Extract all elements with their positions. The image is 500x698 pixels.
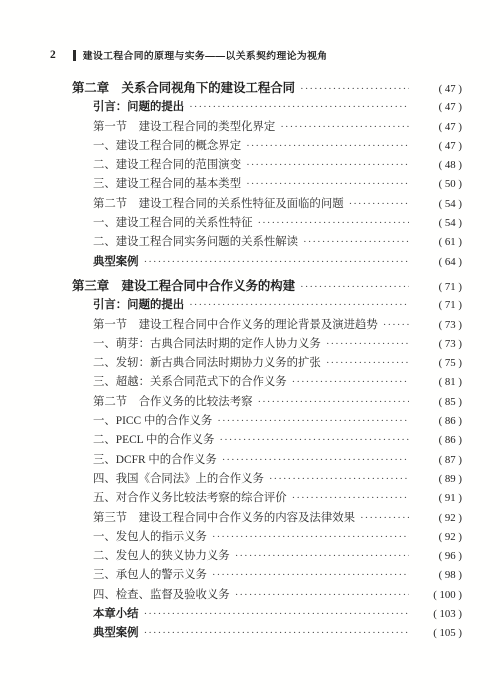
dot-leader: ········································… [246,137,409,156]
toc-entry-title: 第二章 关系合同视角下的建设工程合同 [72,79,295,98]
toc-entry: 本章小结 ···································… [93,605,462,624]
dot-leader: ········································… [235,586,409,605]
toc-entry-title: 引言：问题的提出 [93,296,184,315]
dot-leader: ········································… [383,316,409,335]
toc-entry-page: ( 81 ) [412,373,462,392]
dot-leader: ········································… [280,118,409,137]
dot-leader: ········································… [303,233,409,252]
toc-entry-title: 四、检查、监督及验收义务 [93,586,230,605]
toc-entry-page: ( 48 ) [412,156,462,175]
toc-entry: 三、DCFR 中的合作义务 ··························… [93,451,462,470]
header-page-number: 2 [50,49,56,61]
dot-leader: ········································… [189,98,409,117]
toc-entry-title: 三、承包人的警示义务 [93,566,207,585]
toc-entry: 二、发包人的狭义协力义务 ···························… [93,547,462,566]
toc-entry: 第二节 合作义务的比较法考察 ·························… [93,393,462,412]
dot-leader: ········································… [269,470,409,489]
toc-entry-title: 典型案例 [93,253,139,272]
toc-entry-page: ( 86 ) [412,431,462,450]
toc-entry: 一、萌芽：古典合同法时期的定作人协力义务 ···················… [93,335,462,354]
toc-entry-title: 第二节 建设工程合同的关系性特征及面临的问题 [93,195,344,214]
toc-entry-title: 四、我国《合同法》上的合作义务 [93,470,264,489]
toc-entry-page: ( 85 ) [412,393,462,412]
toc-entry-page: ( 87 ) [412,451,462,470]
toc-entry-page: ( 61 ) [412,233,462,252]
toc-entry-title: 二、建设工程合同的范围演变 [93,156,241,175]
toc-entry-page: ( 105 ) [412,624,462,643]
dot-leader: ········································… [326,335,409,354]
toc-entry: 第二节 建设工程合同的关系性特征及面临的问题 ·················… [93,195,462,214]
running-header: 2 建设工程合同的原理与实务——以关系契约理论为视角 [50,48,462,62]
toc-entry-page: ( 86 ) [412,412,462,431]
dot-leader: ········································… [292,373,409,392]
toc-entry-page: ( 64 ) [412,253,462,272]
dot-leader: ········································… [326,354,409,373]
toc-entry-page: ( 75 ) [412,354,462,373]
toc-entry-page: ( 50 ) [412,175,462,194]
toc-entry-page: ( 71 ) [412,278,462,297]
toc-entry: 第二章 关系合同视角下的建设工程合同 ·····················… [72,79,462,98]
dot-leader: ········································… [246,175,409,194]
toc-entry-title: 典型案例 [93,624,139,643]
dot-leader: ········································… [222,451,409,470]
toc-entry-page: ( 98 ) [412,566,462,585]
toc-entry-page: ( 73 ) [412,335,462,354]
toc-entry: 典型案例 ···································… [93,253,462,272]
toc-entry-title: 引言：问题的提出 [93,98,184,117]
toc-entry: 引言：问题的提出 ·······························… [93,98,462,117]
toc-entry-title: 一、发包人的指示义务 [93,528,207,547]
toc-entry: 三、建设工程合同的基本类型 ··························… [93,175,462,194]
toc-entry-page: ( 71 ) [412,296,462,315]
dot-leader: ········································… [360,509,409,528]
toc-entry: 一、发包人的指示义务 ·····························… [93,528,462,547]
toc-entry-page: ( 54 ) [412,195,462,214]
toc-entry-title: 一、建设工程合同的概念界定 [93,137,241,156]
toc-entry-title: 第二节 合作义务的比较法考察 [93,393,252,412]
toc-entry: 二、建设工程合同实务问题的关系性解读 ·····················… [93,233,462,252]
toc-entry: 五、对合作义务比较法考察的综合评价 ······················… [93,489,462,508]
toc-entry: 一、PICC 中的合作义务 ··························… [93,412,462,431]
toc-entry-title: 二、发轫：新古典合同法时期协力义务的扩张 [93,354,321,373]
toc-entry-page: ( 54 ) [412,214,462,233]
toc-entry: 三、超越：关系合同范式下的合作义务 ······················… [93,373,462,392]
toc-entry-page: ( 89 ) [412,470,462,489]
toc-entry-title: 一、萌芽：古典合同法时期的定作人协力义务 [93,335,321,354]
toc-entry-title: 三、建设工程合同的基本类型 [93,175,241,194]
toc-entry: 四、检查、监督及验收义务 ···························… [93,586,462,605]
dot-leader: ········································… [349,195,409,214]
toc-entry-page: ( 100 ) [412,586,462,605]
toc-entry-page: ( 91 ) [412,489,462,508]
toc-entry-title: 二、PECL 中的合作义务 [93,431,214,450]
dot-leader: ········································… [144,605,409,624]
toc-entry-title: 三、DCFR 中的合作义务 [93,451,217,470]
dot-leader: ········································… [246,156,409,175]
dot-leader: ········································… [144,624,409,643]
dot-leader: ········································… [217,412,409,431]
dot-leader: ········································… [257,214,409,233]
toc-entry-title: 一、PICC 中的合作义务 [93,412,212,431]
dot-leader: ········································… [300,278,409,297]
toc-entry: 四、我国《合同法》上的合作义务 ························… [93,470,462,489]
toc-entry: 三、承包人的警示义务 ·····························… [93,566,462,585]
toc-entry-title: 一、建设工程合同的关系性特征 [93,214,252,233]
dot-leader: ········································… [235,547,409,566]
toc-entry: 二、建设工程合同的范围演变 ··························… [93,156,462,175]
toc-entry-page: ( 92 ) [412,528,462,547]
dot-leader: ········································… [292,489,409,508]
toc-entry: 引言：问题的提出 ·······························… [93,296,462,315]
toc-entry-title: 二、发包人的狭义协力义务 [93,547,230,566]
toc-entry-page: ( 47 ) [412,98,462,117]
dot-leader: ········································… [189,296,409,315]
toc-entry-page: ( 92 ) [412,509,462,528]
toc-list: 第二章 关系合同视角下的建设工程合同 ·····················… [50,79,462,644]
toc-entry-title: 五、对合作义务比较法考察的综合评价 [93,489,287,508]
toc-entry-page: ( 47 ) [412,137,462,156]
toc-entry: 二、PECL 中的合作义务 ··························… [93,431,462,450]
dot-leader: ········································… [300,80,409,99]
dot-leader: ········································… [257,393,409,412]
toc-entry-title: 本章小结 [93,605,139,624]
toc-entry-title: 第三节 建设工程合同中合作义务的内容及法律效果 [93,509,355,528]
dot-leader: ········································… [144,253,409,272]
toc-entry-title: 第一节 建设工程合同的类型化界定 [93,118,275,137]
toc-entry: 第三章 建设工程合同中合作义务的构建 ·····················… [72,277,462,296]
toc-entry-title: 三、超越：关系合同范式下的合作义务 [93,373,287,392]
toc-entry-page: ( 47 ) [412,80,462,99]
toc-page: 2 建设工程合同的原理与实务——以关系契约理论为视角 第二章 关系合同视角下的建… [0,0,500,698]
toc-entry: 一、建设工程合同的概念界定 ··························… [93,137,462,156]
toc-entry-title: 第三章 建设工程合同中合作义务的构建 [72,277,295,296]
toc-entry-page: ( 103 ) [412,605,462,624]
toc-entry: 第三节 建设工程合同中合作义务的内容及法律效果 ················… [93,509,462,528]
dot-leader: ········································… [212,528,409,547]
toc-entry-page: ( 73 ) [412,316,462,335]
toc-entry: 典型案例 ···································… [93,624,462,643]
toc-entry-title: 第一节 建设工程合同中合作义务的理论背景及演进趋势 [93,316,378,335]
toc-entry: 第一节 建设工程合同的类型化界定 ·······················… [93,118,462,137]
divider-bar-icon [73,50,76,61]
header-book-title: 建设工程合同的原理与实务——以关系契约理论为视角 [83,48,328,62]
toc-entry-title: 二、建设工程合同实务问题的关系性解读 [93,233,298,252]
dot-leader: ········································… [212,566,409,585]
toc-entry-page: ( 96 ) [412,547,462,566]
toc-entry: 二、发轫：新古典合同法时期协力义务的扩张 ···················… [93,354,462,373]
toc-entry-page: ( 47 ) [412,118,462,137]
toc-entry: 第一节 建设工程合同中合作义务的理论背景及演进趋势 ··············… [93,316,462,335]
toc-entry: 一、建设工程合同的关系性特征 ·························… [93,214,462,233]
dot-leader: ········································… [219,431,409,450]
